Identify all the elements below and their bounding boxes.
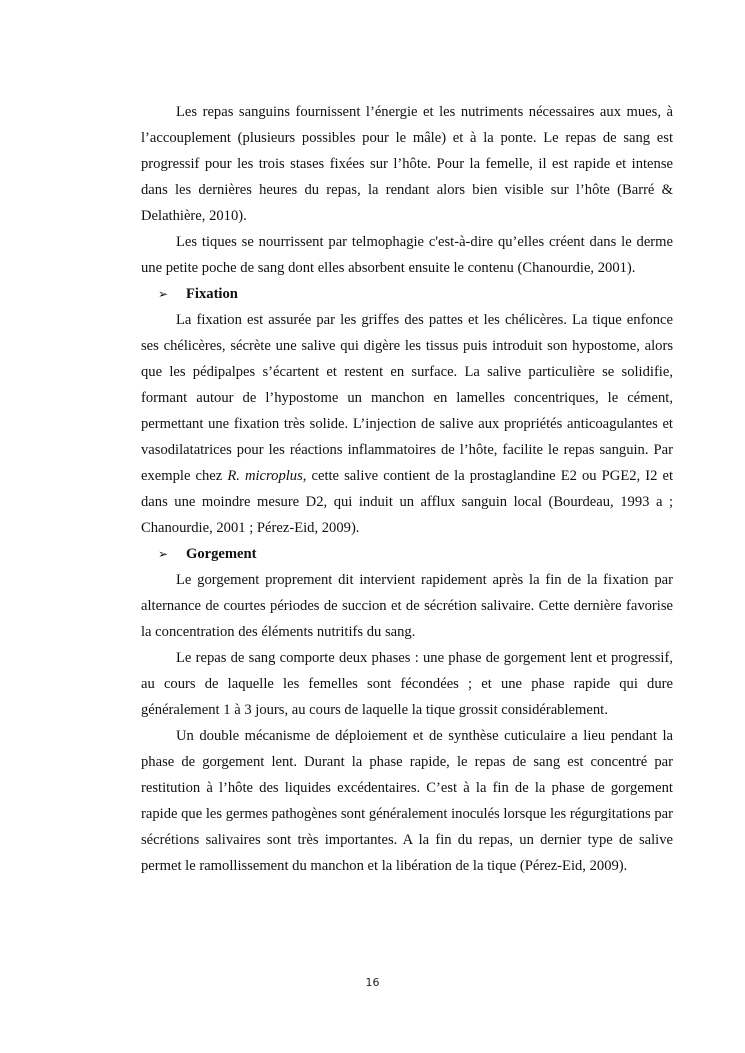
arrow-bullet-icon: ➢	[158, 281, 186, 307]
paragraph-gorgement-intro: Le gorgement proprement dit intervient r…	[141, 567, 673, 645]
text-run: La fixation est assurée par les griffes …	[141, 312, 673, 484]
heading-text: Fixation	[186, 281, 238, 307]
page-number: 16	[0, 976, 745, 989]
paragraph-fixation: La fixation est assurée par les griffes …	[141, 307, 673, 541]
document-page: Les repas sanguins fournissent l’énergie…	[141, 99, 673, 879]
section-heading-gorgement: ➢ Gorgement	[141, 541, 673, 567]
paragraph-blood-meals: Les repas sanguins fournissent l’énergie…	[141, 99, 673, 229]
paragraph-telmophagy: Les tiques se nourrissent par telmophagi…	[141, 229, 673, 281]
paragraph-gorgement-mechanism: Un double mécanisme de déploiement et de…	[141, 723, 673, 879]
section-heading-fixation: ➢ Fixation	[141, 281, 673, 307]
paragraph-gorgement-phases: Le repas de sang comporte deux phases : …	[141, 645, 673, 723]
species-name: R. microplus	[227, 468, 302, 484]
arrow-bullet-icon: ➢	[158, 541, 186, 567]
heading-text: Gorgement	[186, 541, 257, 567]
